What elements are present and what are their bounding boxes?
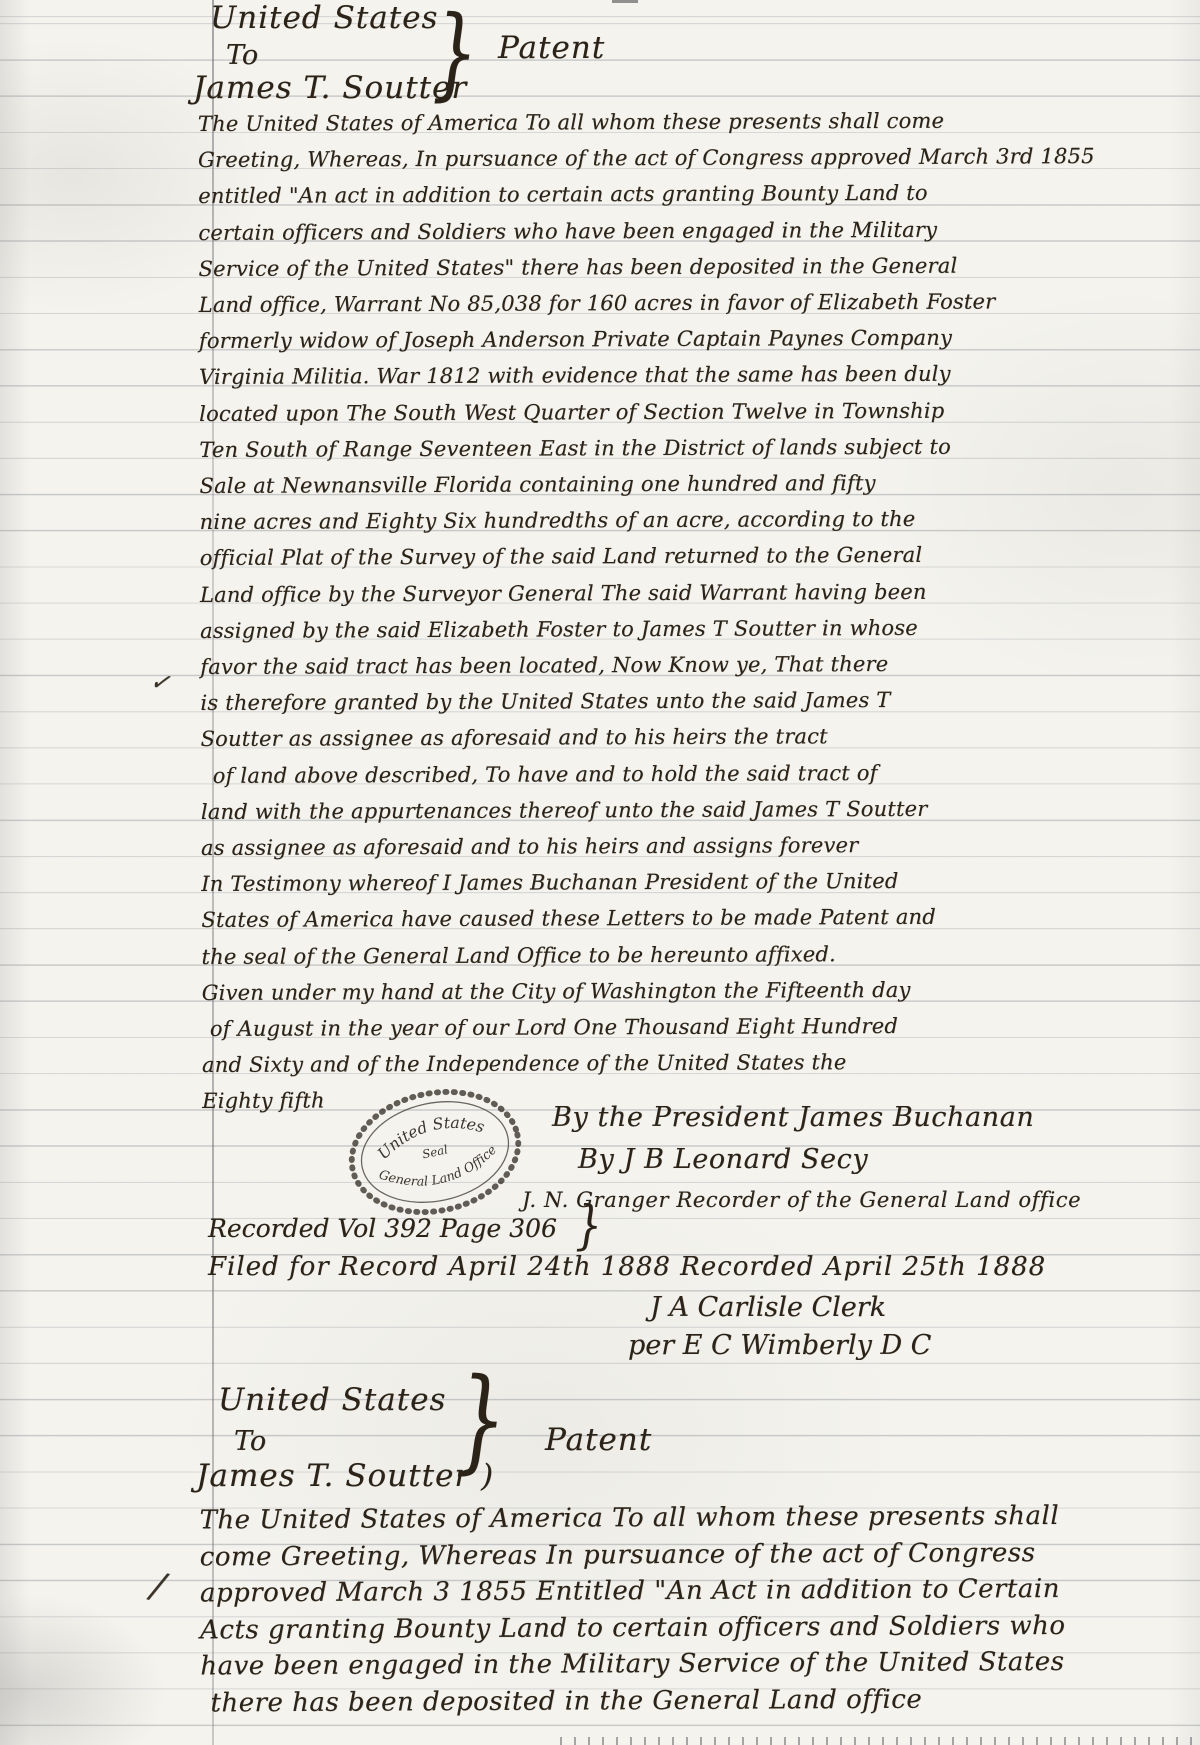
manuscript-line: favor the said tract has been located, N… [200,645,1100,685]
signature-recorder: J. N. Granger Recorder of the General La… [522,1188,1081,1212]
entry1-body: The United States of America To all whom… [198,102,1102,1120]
signature-president: By the President James Buchanan [552,1102,1034,1133]
manuscript-line: of land above described, To have and to … [201,754,1101,794]
manuscript-line: The United States of America To all whom… [199,1498,1129,1539]
entry2-connector: To [234,1426,266,1457]
filed-for-record-line: Filed for Record April 24th 1888 Recorde… [208,1252,1046,1282]
manuscript-line: as assignee as aforesaid and to his heir… [201,826,1101,866]
entry1-brace: } [432,8,478,98]
manuscript-line: located upon The South West Quarter of S… [199,392,1099,432]
manuscript-line: In Testimony whereof I James Buchanan Pr… [201,862,1101,902]
clerk-signature: J A Carlisle Clerk [650,1292,886,1323]
manuscript-line: Soutter as assignee as aforesaid and to … [200,717,1100,757]
scan-artifact-top [612,0,638,3]
manuscript-line: The United States of America To all whom… [198,102,1098,142]
manuscript-line: Ten South of Range Seventeen East in the… [199,428,1099,468]
manuscript-line: approved March 3 1855 Entitled "An Act i… [200,1571,1130,1612]
manuscript-line: Given under my hand at the City of Washi… [202,971,1102,1011]
entry1-grantor: United States [210,0,438,36]
manuscript-line: assigned by the said Elizabeth Foster to… [200,609,1100,649]
manuscript-line: come Greeting, Whereas In pursuance of t… [200,1534,1130,1575]
manuscript-line: formerly widow of Joseph Anderson Privat… [199,319,1099,359]
manuscript-line: Land office by the Surveyor General The … [200,573,1100,613]
manuscript-line: nine acres and Eighty Six hundredths of … [200,500,1100,540]
entry2-grantor: United States [218,1382,446,1418]
signature-secretary: By J B Leonard Secy [578,1144,868,1175]
manuscript-line: official Plat of the Survey of the said … [200,536,1100,576]
manuscript-line: the seal of the General Land Office to b… [201,935,1101,975]
deputy-clerk-signature: per E C Wimberly D C [628,1330,931,1361]
scan-artifact-bottom [560,1737,1200,1745]
manuscript-line: entitled "An act in addition to certain … [198,174,1098,214]
margin-slash-mark: / [148,1565,168,1608]
manuscript-line: have been engaged in the Military Servic… [200,1644,1130,1685]
entry1-doc-label: Patent [498,30,605,66]
manuscript-line: and Sixty and of the Independence of the… [202,1043,1102,1083]
manuscript-line: is therefore granted by the United State… [200,681,1100,721]
recorded-volume-line: Recorded Vol 392 Page 306 [208,1214,557,1243]
manuscript-line: Virginia Militia. War 1812 with evidence… [199,355,1099,395]
entry1-grantee: James T. Soutter [193,70,467,106]
seal-text-center: Seal [421,1142,449,1161]
entry2-brace: } [455,1370,506,1471]
manuscript-line: Acts granting Bounty Land to certain off… [200,1607,1130,1648]
manuscript-line: there has been deposited in the General … [200,1681,1130,1722]
manuscript-line: Service of the United States" there has … [198,247,1098,287]
document-page: United States To James T. Soutter } Pate… [0,0,1200,1745]
manuscript-line: Greeting, Whereas, In pursuance of the a… [198,138,1098,178]
entry2-body: The United States of America To all whom… [199,1498,1130,1722]
manuscript-line: Land office, Warrant No 85,038 for 160 a… [199,283,1099,323]
manuscript-line: States of America have caused these Lett… [201,899,1101,939]
manuscript-line: land with the appurtenances thereof unto… [201,790,1101,830]
entry2-grantee: James T. Soutter ) [196,1458,494,1494]
margin-check-mark: ✓ [148,667,172,698]
entry1-connector: To [226,40,258,71]
recording-brace: } [575,1196,601,1256]
manuscript-line: certain officers and Soldiers who have b… [198,211,1098,251]
entry2-doc-label: Patent [545,1422,652,1458]
manuscript-line: Sale at Newnansville Florida containing … [199,464,1099,504]
manuscript-line: of August in the year of our Lord One Th… [202,1007,1102,1047]
